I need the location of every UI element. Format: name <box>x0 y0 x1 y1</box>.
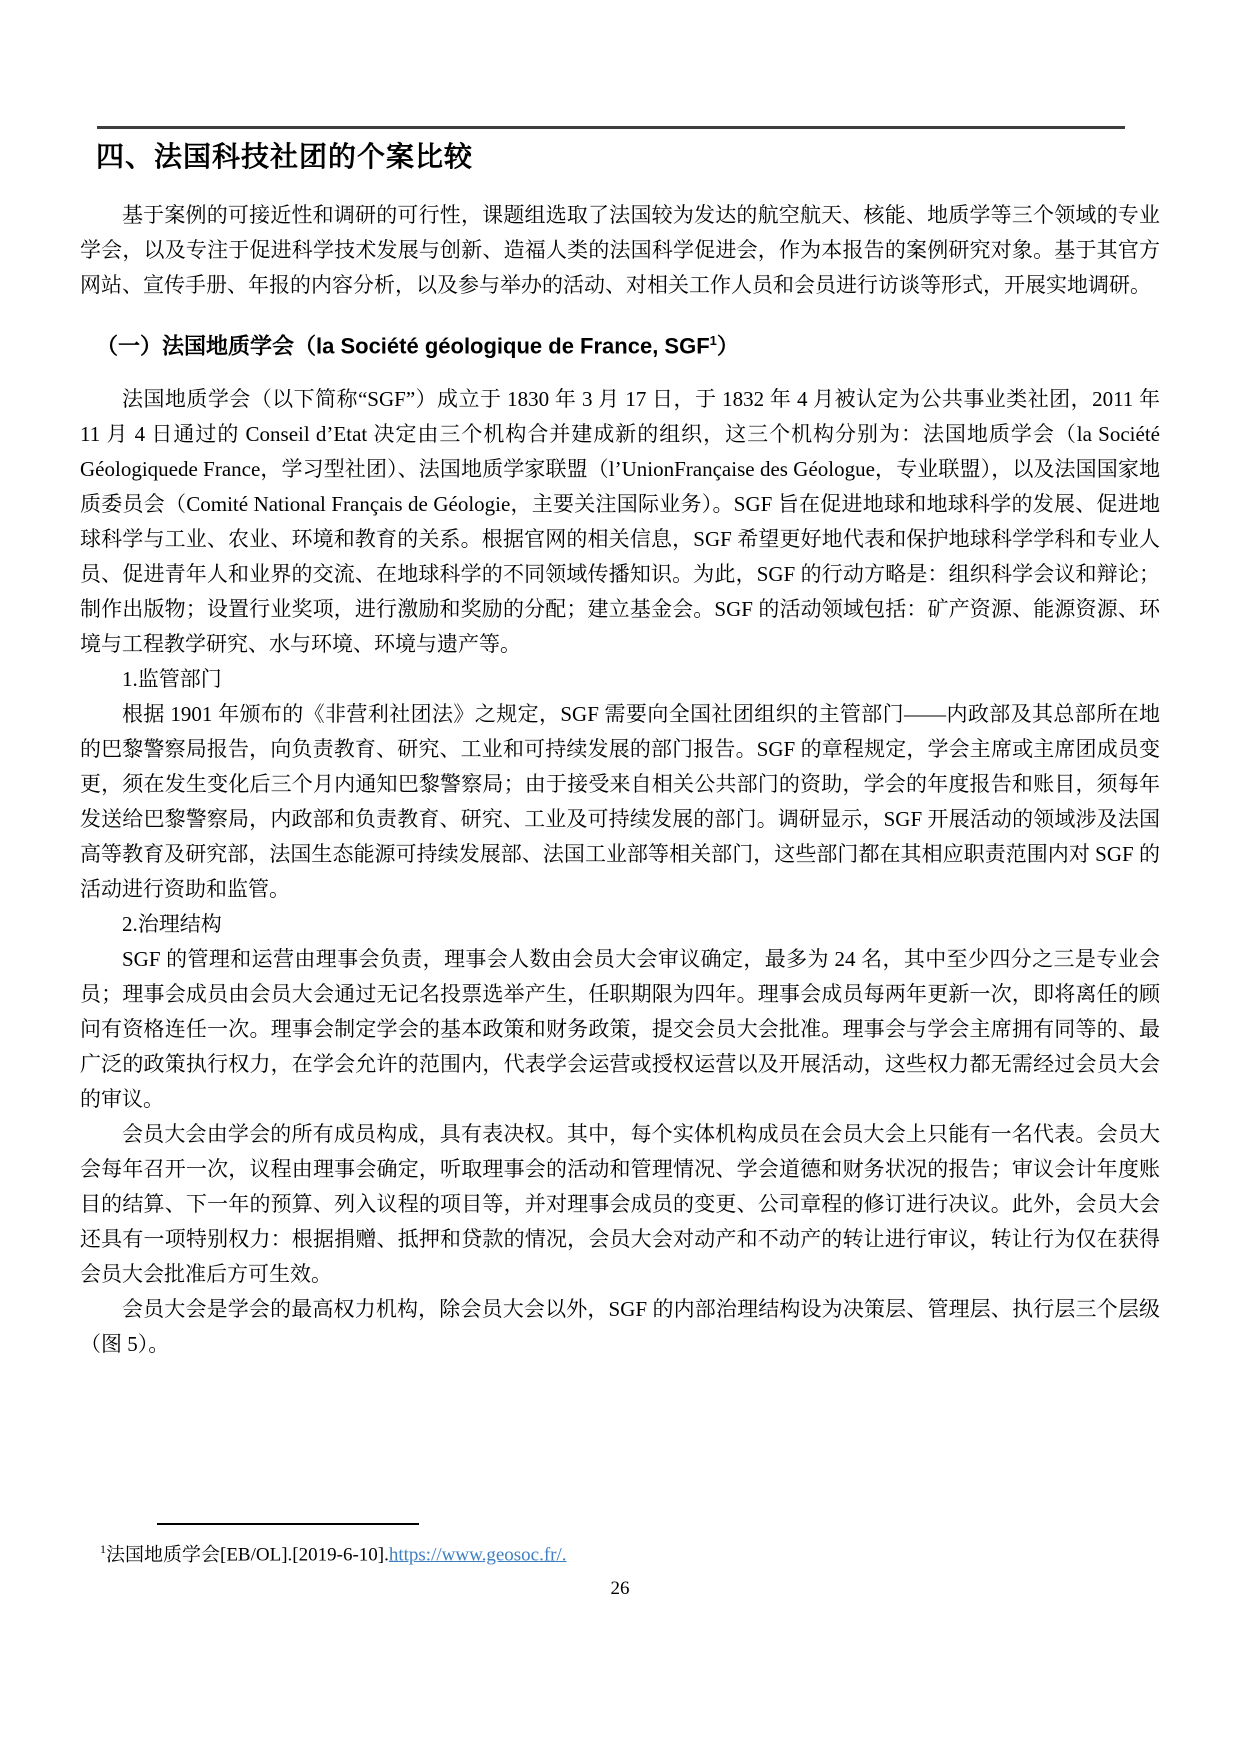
footnote-separator-rule <box>157 1523 419 1525</box>
footnote: 1法国地质学会[EB/OL].[2019-6-10].https://www.g… <box>100 1535 567 1569</box>
intro-paragraph: 基于案例的可接近性和调研的可行性，课题组选取了法国较为发达的航空航天、核能、地质… <box>80 198 1160 303</box>
footnote-link[interactable]: https://www.geosoc.fr/. <box>389 1544 567 1565</box>
paragraph-structure: 会员大会是学会的最高权力机构，除会员大会以外，SGF 的内部治理结构设为决策层、… <box>80 1292 1160 1362</box>
paragraph-council: SGF 的管理和运营由理事会负责，理事会人数由会员大会审议确定，最多为 24 名… <box>80 942 1160 1117</box>
subsection-heading-closing: ） <box>717 333 739 358</box>
page-content: 四、法国科技社团的个案比较 基于案例的可接近性和调研的可行性，课题组选取了法国较… <box>0 126 1240 1362</box>
paragraph-assembly: 会员大会由学会的所有成员构成，具有表决权。其中，每个实体机构成员在会员大会上只能… <box>80 1117 1160 1292</box>
list-item-2-heading: 2.治理结构 <box>80 907 1160 942</box>
page-number: 26 <box>0 1578 1240 1600</box>
paragraph-sgf-overview: 法国地质学会（以下简称“SGF”）成立于 1830 年 3 月 17 日，于 1… <box>80 382 1160 662</box>
subsection-heading-text: （一）法国地质学会（la Société géologique de Franc… <box>96 333 710 358</box>
subsection-heading: （一）法国地质学会（la Société géologique de Franc… <box>96 325 1160 362</box>
list-item-1-heading: 1.监管部门 <box>80 662 1160 697</box>
subsection-body: 法国地质学会（以下简称“SGF”）成立于 1830 年 3 月 17 日，于 1… <box>80 382 1160 1362</box>
section-divider-rule <box>97 126 1125 129</box>
document-page: 四、法国科技社团的个案比较 基于案例的可接近性和调研的可行性，课题组选取了法国较… <box>0 0 1240 1753</box>
intro-block: 基于案例的可接近性和调研的可行性，课题组选取了法国较为发达的航空航天、核能、地质… <box>80 198 1160 303</box>
footnote-text: 法国地质学会[EB/OL].[2019-6-10]. <box>106 1544 389 1565</box>
paragraph-supervision: 根据 1901 年颁布的《非营利社团法》之规定，SGF 需要向全国社团组织的主管… <box>80 697 1160 907</box>
footnote-reference-marker: 1 <box>710 333 717 348</box>
section-title: 四、法国科技社团的个案比较 <box>96 137 1160 177</box>
